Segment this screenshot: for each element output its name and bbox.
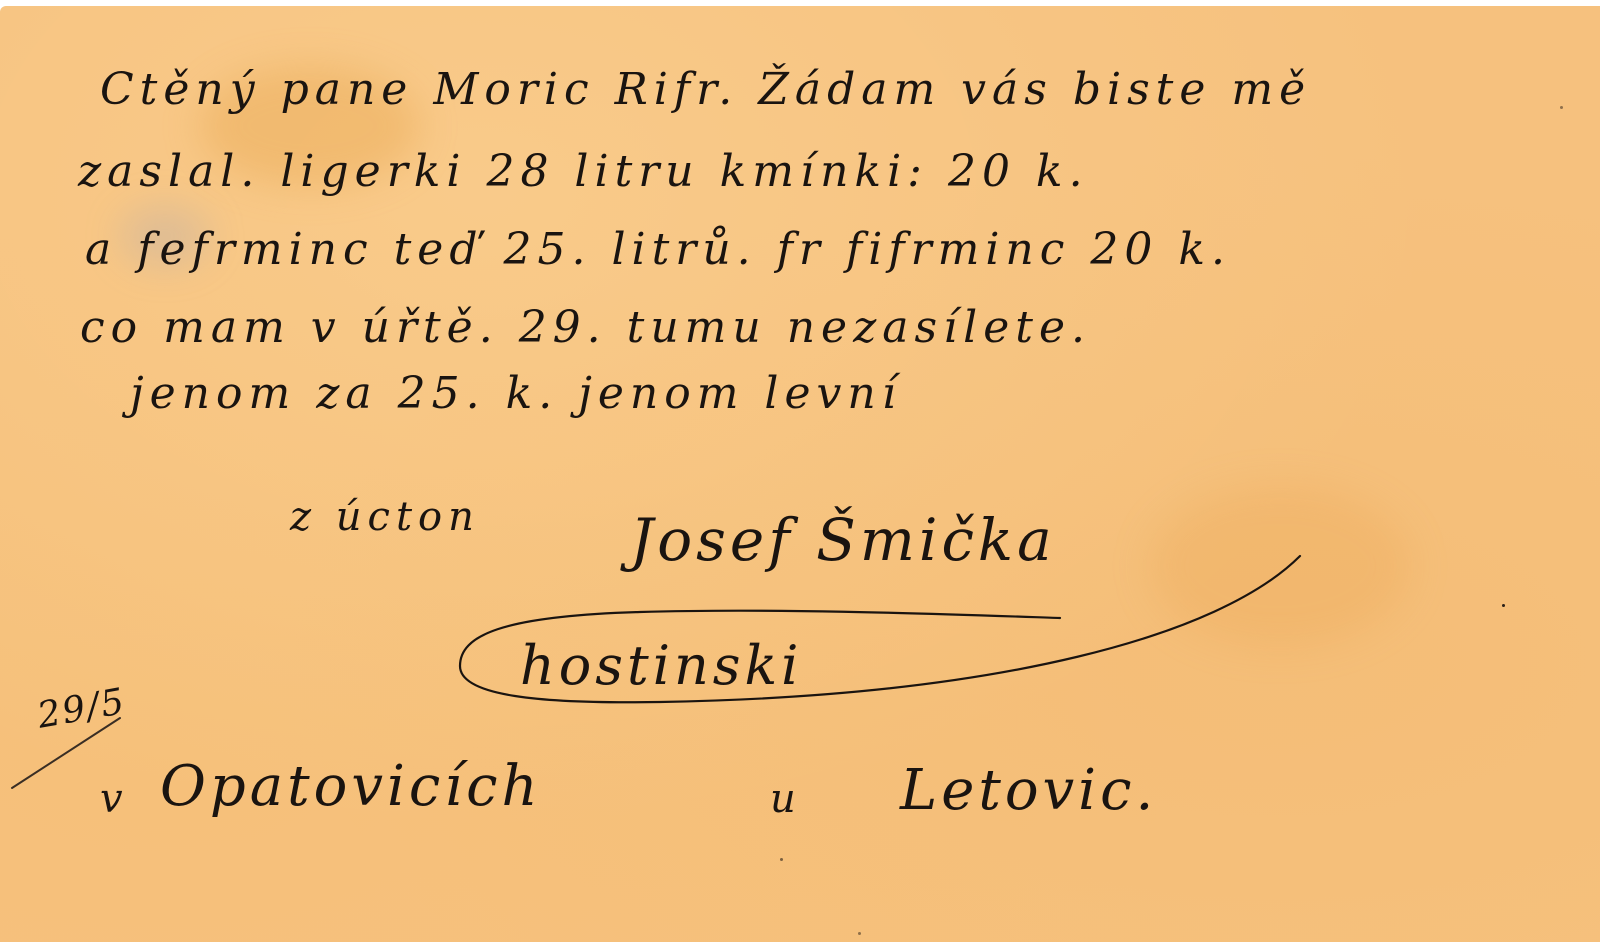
- ink-speck: [780, 858, 783, 861]
- letter-line-4: co mam v úřtě. 29. tumu nezasílete.: [80, 302, 1091, 353]
- ink-speck: [858, 932, 861, 935]
- closing-greeting: z úcton: [290, 494, 480, 540]
- paper-stain: [1150, 486, 1410, 646]
- place-region: Letovic.: [900, 758, 1157, 823]
- place-town: Opatovicích: [160, 754, 542, 819]
- date-note: 29/5: [34, 681, 129, 737]
- signature: Josef Šmička: [630, 506, 1056, 574]
- postcard: Ctěný pane Moric Rifr. Žádam vás biste m…: [0, 6, 1600, 942]
- place-connector: u: [770, 776, 802, 822]
- occupation-title: hostinski: [520, 634, 802, 697]
- ink-speck: [1502, 604, 1505, 607]
- ink-speck: [1560, 106, 1563, 109]
- letter-line-1: Ctěný pane Moric Rifr. Žádam vás biste m…: [100, 64, 1311, 115]
- place-prefix: v: [100, 776, 129, 822]
- letter-line-2: zaslal. ligerki 28 litru kmínki: 20 k.: [78, 146, 1089, 197]
- letter-line-3: a fefrminc teď 25. litrů. fr fifrminc 20…: [85, 224, 1231, 275]
- letter-line-5: jenom za 25. k. jenom levní: [130, 368, 902, 419]
